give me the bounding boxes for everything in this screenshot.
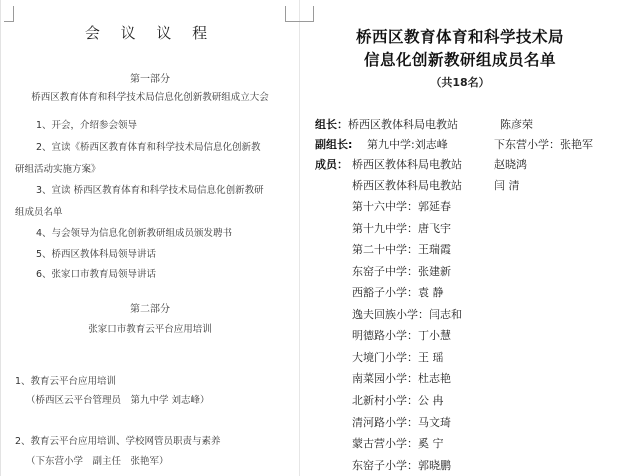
member-name: 王瑞霞 [418, 241, 451, 257]
leader-label: 组长： [315, 118, 348, 131]
page-corner-mark [300, 6, 314, 22]
deputy-right: 下东营小学：张艳军 [494, 136, 593, 152]
member-unit: 逸夫回族小学： [352, 306, 429, 322]
training-item-1: 1、教育云平台应用培训 [15, 373, 116, 387]
agenda-item-6: 6、张家口市教育局领导讲话 [36, 266, 156, 280]
agenda-item-2-cont: 研组活动实施方案》 [15, 161, 101, 175]
page-corner-mark [4, 6, 14, 22]
member-unit: 第十六中学： [352, 198, 418, 214]
leader-name: 陈彦荣 [500, 116, 533, 132]
member-list-page [300, 0, 620, 476]
deputy-label: 副组长: [315, 138, 352, 151]
member-name: 袁 静 [418, 284, 444, 300]
member-list-title-line1: 桥西区教育体育和科学技术局 [300, 25, 620, 47]
leader-row: 组长：桥西区教体科局电教站 [315, 116, 458, 132]
member-name: 郭晓鹏 [418, 457, 451, 473]
member-unit: 清河路小学： [352, 414, 418, 430]
agenda-item-2: 2、宣读《桥西区教育体育和科学技术局信息化创新教 [36, 139, 261, 153]
member-count: （共18名） [300, 74, 620, 90]
member-name: 张建新 [418, 263, 451, 279]
training-item-2-presenter: （下东营小学 副主任 张艳军） [26, 453, 169, 467]
member-name: 赵晓鸿 [494, 156, 527, 172]
training-item-1-presenter: （桥西区云平台管理员 第九中学 刘志峰） [26, 392, 210, 406]
member-unit: 蒙古营小学： [352, 435, 418, 451]
member-name: 闫志和 [429, 306, 462, 322]
member-unit: 东窑子中学： [352, 263, 418, 279]
member-name: 杜志艳 [418, 370, 451, 386]
part2-heading: 第二部分 [0, 300, 300, 315]
agenda-item-4: 4、与会领导为信息化创新教研组成员颁发聘书 [36, 225, 232, 239]
member-list-title-line2: 信息化创新教研组成员名单 [300, 48, 620, 70]
members-label: 成员： [315, 156, 348, 172]
leader-unit: 桥西区教体科局电教站 [348, 118, 458, 131]
member-unit: 北新村小学： [352, 392, 418, 408]
member-name: 丁小慧 [418, 327, 451, 343]
member-name: 郭延春 [418, 198, 451, 214]
member-unit: 南菜园小学： [352, 370, 418, 386]
page-corner-mark [285, 6, 301, 22]
member-unit: 东窑子小学： [352, 457, 418, 473]
member-name: 王 瑶 [418, 349, 444, 365]
member-unit: 第二十中学： [352, 241, 418, 257]
agenda-item-5: 5、桥西区教体科局领导讲话 [36, 246, 156, 260]
training-item-2: 2、教育云平台应用培训、学校网管员职责与素养 [15, 433, 221, 447]
member-name: 马文琦 [418, 414, 451, 430]
member-unit: 桥西区教体科局电教站 [352, 177, 462, 193]
member-name: 闫 清 [494, 177, 520, 193]
member-unit: 大境门小学： [352, 349, 418, 365]
agenda-title: 会 议 议 程 [0, 22, 300, 43]
part1-subtitle: 桥西区教育体育和科学技术局信息化创新教研组成立大会 [0, 89, 300, 103]
member-name: 唐飞宇 [418, 220, 451, 236]
member-name: 公 冉 [418, 392, 444, 408]
member-name: 奚 宁 [418, 435, 444, 451]
agenda-item-1: 1、开会，介绍参会领导 [36, 117, 137, 131]
member-unit: 桥西区教体科局电教站 [352, 156, 462, 172]
member-unit: 第十九中学： [352, 220, 418, 236]
agenda-item-3: 3、宣读 桥西区教育体育和科学技术局信息化创新教研 [36, 182, 264, 196]
part2-subtitle: 张家口市教育云平台应用培训 [0, 321, 300, 335]
member-unit: 明德路小学： [352, 327, 418, 343]
agenda-item-3-cont: 组成员名单 [15, 204, 63, 218]
deputy-row: 副组长: [315, 136, 352, 152]
part1-heading: 第一部分 [0, 70, 300, 85]
member-unit: 西豁子小学： [352, 284, 418, 300]
deputy-left: 第九中学:刘志峰 [367, 136, 448, 152]
